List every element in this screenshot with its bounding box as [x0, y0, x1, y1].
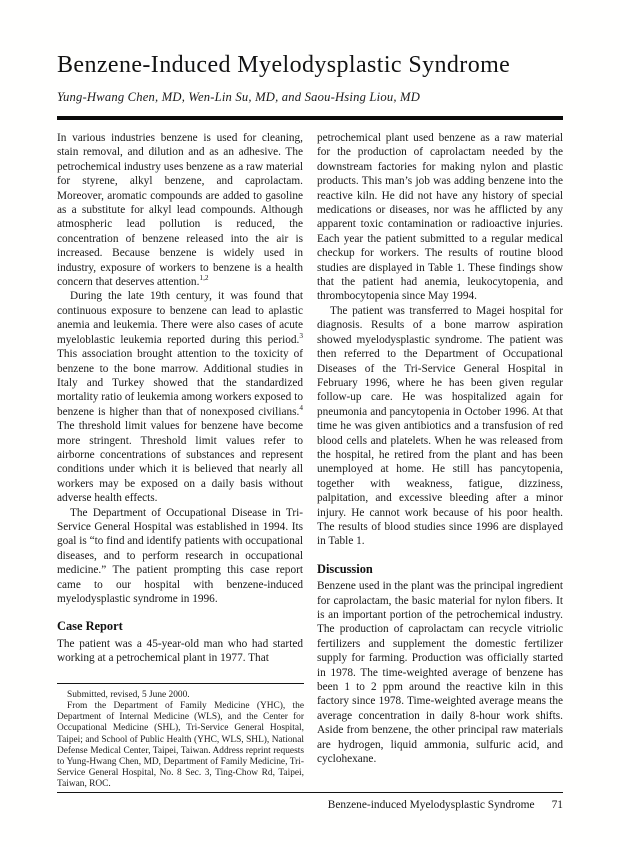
reference-marker: 4	[299, 403, 303, 412]
article-title: Benzene-Induced Myelodysplastic Syndrome	[57, 52, 563, 79]
paragraph: In various industries benzene is used fo…	[57, 131, 303, 289]
paragraph-text: petrochemical plant used benzene as a ra…	[317, 132, 563, 302]
paragraph-text: During the late 19th century, it was fou…	[57, 290, 303, 345]
footer-rule	[57, 792, 563, 793]
page-number: 71	[552, 799, 563, 811]
right-column: petrochemical plant used benzene as a ra…	[317, 131, 563, 766]
footer-line: Benzene-induced Myelodysplastic Syndrome…	[57, 799, 563, 811]
paragraph-text: In various industries benzene is used fo…	[57, 132, 303, 288]
paragraph: The Department of Occupational Disease i…	[57, 506, 303, 607]
journal-page: Benzene-Induced Myelodysplastic Syndrome…	[0, 0, 620, 847]
footnote-rule	[57, 683, 304, 684]
article-authors: Yung-Hwang Chen, MD, Wen-Lin Su, MD, and…	[57, 90, 563, 105]
article-body: In various industries benzene is used fo…	[57, 131, 563, 766]
masthead-rule	[57, 116, 563, 120]
paragraph-text: This association brought attention to th…	[57, 348, 303, 418]
paragraph-text: The patient was transferred to Magei hos…	[317, 305, 563, 548]
section-heading: Case Report	[57, 619, 303, 633]
paragraph-text: The threshold limit values for benzene h…	[57, 420, 303, 504]
section-heading: Discussion	[317, 562, 563, 576]
reference-marker: 1,2	[199, 273, 208, 282]
paragraph-text: The Department of Occupational Disease i…	[57, 507, 303, 605]
left-column: In various industries benzene is used fo…	[57, 131, 303, 766]
page-footer: Benzene-induced Myelodysplastic Syndrome…	[57, 792, 563, 811]
paragraph: The patient was a 45-year-old man who ha…	[57, 637, 303, 666]
paragraph-text: The patient was a 45-year-old man who ha…	[57, 638, 303, 664]
reference-marker: 3	[299, 331, 303, 340]
article-masthead: Benzene-Induced Myelodysplastic Syndrome…	[57, 52, 563, 120]
footnote-body: Submitted, revised, 5 June 2000.From the…	[57, 690, 304, 790]
paragraph: petrochemical plant used benzene as a ra…	[317, 131, 563, 304]
paragraph-text: Benzene used in the plant was the princi…	[317, 580, 563, 765]
footnote-paragraph: Submitted, revised, 5 June 2000.	[57, 690, 304, 701]
paragraph: The patient was transferred to Magei hos…	[317, 304, 563, 549]
paragraph: During the late 19th century, it was fou…	[57, 289, 303, 505]
author-footnote: Submitted, revised, 5 June 2000.From the…	[57, 683, 304, 790]
paragraph: Benzene used in the plant was the princi…	[317, 579, 563, 766]
running-title: Benzene-induced Myelodysplastic Syndrome	[328, 799, 535, 811]
footnote-paragraph: From the Department of Family Medicine (…	[57, 701, 304, 790]
